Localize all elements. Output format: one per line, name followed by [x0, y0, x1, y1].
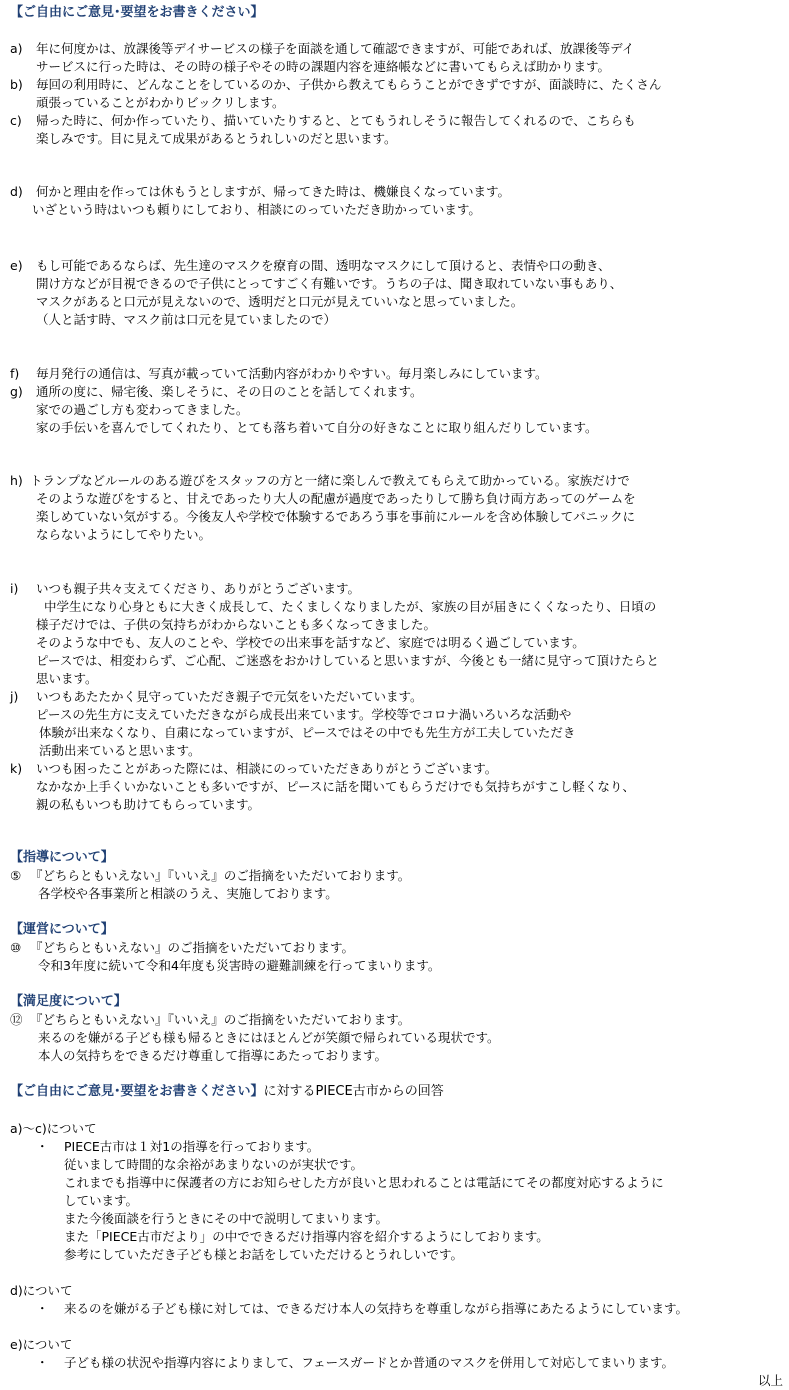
- response-heading-rest: に対するPIECE古市からの回答: [264, 1084, 444, 1099]
- item-line: 毎月発行の通信は、写真が載っていて活動内容がわかりやすい。毎月楽しみにしています…: [36, 365, 783, 383]
- item-line: いつも困ったことがあった際には、相談にのっていただきありがとうございます。: [36, 760, 783, 778]
- item-label: a): [10, 40, 36, 76]
- item-line: 活動出来ていると思います。: [36, 742, 783, 760]
- item-label: c): [10, 112, 36, 148]
- feedback-item-i: i) いつも親子共々支えてくださり、ありがとうございます。 中学生になり心身とも…: [10, 580, 783, 688]
- feedback-heading: 【ご自由にご意見･要望をお書きください】: [10, 4, 783, 22]
- response-line: 来るのを嫌がる子ども様に対しては、できるだけ本人の気持ちを尊重しながら指導にあた…: [64, 1300, 688, 1318]
- item-label: f): [10, 365, 36, 383]
- bullet-icon: ・: [36, 1354, 64, 1372]
- item-line: 『どちらともいえない』のご指摘をいただいております。: [30, 939, 440, 957]
- item-line: 毎回の利用時に、どんなことをしているのか、子供から教えてもらうことができずですが…: [36, 76, 783, 94]
- item-line: 思います。: [36, 670, 783, 688]
- section-heading-operations: 【運営について】: [10, 921, 783, 939]
- item-label: e): [10, 257, 36, 329]
- item-line: 令和3年度に続いて令和4年度も災害時の避難訓練を行ってまいります。: [30, 957, 440, 975]
- response-group-e: e)について ・ 子ども様の状況や指導内容によりまして、フェースガードとか普通の…: [10, 1336, 783, 1372]
- response-group-d: d)について ・ 来るのを嫌がる子ども様に対しては、できるだけ本人の気持ちを尊重…: [10, 1282, 783, 1318]
- item-line: ピースの先生方に支えていただきながら成長出来ています。学校等でコロナ渦いろいろな…: [36, 706, 783, 724]
- section-item-satisfaction: ⑫ 『どちらともいえない』『いいえ』のご指摘をいただいております。 来るのを嫌が…: [10, 1011, 783, 1065]
- item-line: ならないようにしてやりたい。: [30, 526, 783, 544]
- item-line: 本人の気持ちをできるだけ尊重して指導にあたっております。: [30, 1047, 500, 1065]
- item-label: k): [10, 760, 36, 814]
- feedback-item-k: k) いつも困ったことがあった際には、相談にのっていただきありがとうございます。…: [10, 760, 783, 814]
- item-line: 各学校や各事業所と相談のうえ、実施しております。: [30, 885, 410, 903]
- feedback-item-j: j) いつもあたたかく見守っていただき親子で元気をいただいています。 ピースの先…: [10, 688, 783, 760]
- item-label: i): [10, 580, 36, 688]
- item-line: マスクがあると口元が見えないので、透明だと口元が見えていいなと思っていました。: [36, 293, 783, 311]
- feedback-item-c: c) 帰った時に、何か作っていたり、描いていたりすると、とてもうれしそうに報告し…: [10, 112, 783, 148]
- feedback-item-e: e) もし可能であるならば、先生達のマスクを療育の間、透明なマスクにして頂けると…: [10, 257, 783, 329]
- item-line: 来るのを嫌がる子ども様も帰るときにはほとんどが笑顔で帰られている現状です。: [30, 1029, 500, 1047]
- item-line: （人と話す時、マスク前は口元を見ていましたので）: [36, 311, 783, 329]
- feedback-item-f: f) 毎月発行の通信は、写真が載っていて活動内容がわかりやすい。毎月楽しみにして…: [10, 365, 783, 383]
- item-line: 通所の度に、帰宅後、楽しそうに、その日のことを話してくれます。: [36, 383, 783, 401]
- response-line: これまでも指導中に保護者の方にお知らせした方が良いと思われることは電話にてその都…: [64, 1174, 664, 1192]
- response-line: 従いまして時間的な余裕があまりないのが実状です。: [64, 1156, 664, 1174]
- item-line: いつも親子共々支えてくださり、ありがとうございます。: [36, 580, 783, 598]
- item-label: j): [10, 688, 36, 760]
- item-line: 『どちらともいえない』『いいえ』のご指摘をいただいております。: [30, 1011, 500, 1029]
- item-line: 何かと理由を作っては休もうとしますが、帰ってきた時は、機嫌良くなっています。: [36, 183, 783, 201]
- bullet-icon: ・: [36, 1138, 64, 1264]
- closing-text: 以上: [758, 1372, 783, 1390]
- feedback-item-h: h) トランプなどルールのある遊びをスタッフの方と一緒に楽しんで教えてもらえて助…: [10, 472, 783, 544]
- section-item-operations: ⑩ 『どちらともいえない』のご指摘をいただいております。 令和3年度に続いて令和…: [10, 939, 783, 975]
- item-line: 年に何度かは、放課後等デイサービスの様子を面談を通して確認できますが、可能であれ…: [36, 40, 783, 58]
- response-group-title: e)について: [10, 1336, 783, 1354]
- response-line: しています。: [64, 1192, 664, 1210]
- item-line: 親の私もいつも助けてもらっています。: [36, 796, 783, 814]
- feedback-item-g: g) 通所の度に、帰宅後、楽しそうに、その日のことを話してくれます。 家での過ご…: [10, 383, 783, 437]
- item-line: 体験が出来なくなり、自粛になっていますが、ピースではその中でも先生方が工夫してい…: [36, 724, 783, 742]
- section-item-guidance: ⑤ 『どちらともいえない』『いいえ』のご指摘をいただいております。 各学校や各事…: [10, 867, 783, 903]
- response-group-title: a)～c)について: [10, 1120, 783, 1138]
- item-line: サービスに行った時は、その時の様子やその時の課題内容を連絡帳などに書いてもらえば…: [36, 58, 783, 76]
- item-line: いつもあたたかく見守っていただき親子で元気をいただいています。: [36, 688, 783, 706]
- response-group-title: d)について: [10, 1282, 783, 1300]
- item-line: 頑張っていることがわかりビックリします。: [36, 94, 783, 112]
- item-line: 『どちらともいえない』『いいえ』のご指摘をいただいております。: [30, 867, 410, 885]
- item-label: g): [10, 383, 36, 437]
- item-line: ピースでは、相変わらず、ご心配、ご迷惑をおかけしていると思いますが、今後とも一緒…: [36, 652, 783, 670]
- response-line: また「PIECE古市だより」の中でできるだけ指導内容を紹介するようにしております…: [64, 1228, 664, 1246]
- response-line: 参考にしていただき子ども様とお話をしていただけるとうれしいです。: [64, 1246, 664, 1264]
- item-line: 様子だけでは、子供の気持ちがわからないことも多くなってきました。: [36, 616, 783, 634]
- section-heading-satisfaction: 【満足度について】: [10, 993, 783, 1011]
- item-label: b): [10, 76, 36, 112]
- item-line: 楽しみです。目に見えて成果があるとうれしいのだと思います。: [36, 130, 783, 148]
- feedback-item-b: b) 毎回の利用時に、どんなことをしているのか、子供から教えてもらうことができず…: [10, 76, 783, 112]
- item-line: 中学生になり心身ともに大きく成長して、たくましくなりましたが、家族の目が届きにく…: [36, 598, 783, 616]
- response-line: 子ども様の状況や指導内容によりまして、フェースガードとか普通のマスクを併用して対…: [64, 1354, 674, 1372]
- section-heading-guidance: 【指導について】: [10, 849, 783, 867]
- feedback-item-d: d) 何かと理由を作っては休もうとしますが、帰ってきた時は、機嫌良くなっています…: [10, 183, 783, 219]
- feedback-item-a: a) 年に何度かは、放課後等デイサービスの様子を面談を通して確認できますが、可能…: [10, 40, 783, 76]
- item-line: 家での過ごし方も変わってきました。: [36, 401, 783, 419]
- item-line: 楽しめていない気がする。今後友人や学校で体験するであろう事を事前にルールを含め体…: [30, 508, 783, 526]
- item-line: いざという時はいつも頼りにしており、相談にのっていただき助かっています。: [32, 201, 783, 219]
- item-line: 開け方などが目視できるので子供にとってすごく有難いです。うちの子は、聞き取れてい…: [36, 275, 783, 293]
- response-group-a-c: a)～c)について ・ PIECE古市は１対1の指導を行っております。 従いまし…: [10, 1120, 783, 1264]
- item-line: 家の手伝いを喜んでしてくれたり、とても落ち着いて自分の好きなことに取り組んだりし…: [36, 419, 783, 437]
- item-line: そのような中でも、友人のことや、学校での出来事を話すなど、家庭では明るく過ごして…: [36, 634, 783, 652]
- response-line: PIECE古市は１対1の指導を行っております。: [64, 1138, 664, 1156]
- response-heading: 【ご自由にご意見･要望をお書きください】に対するPIECE古市からの回答: [10, 1083, 783, 1101]
- bullet-icon: ・: [36, 1300, 64, 1318]
- response-line: また今後面談を行うときにその中で説明してまいります。: [64, 1210, 664, 1228]
- item-line: トランプなどルールのある遊びをスタッフの方と一緒に楽しんで教えてもらえて助かって…: [30, 472, 783, 490]
- item-line: 帰った時に、何か作っていたり、描いていたりすると、とてもうれしそうに報告してくれ…: [36, 112, 783, 130]
- item-line: そのような遊びをすると、甘えであったり大人の配慮が過度であったりして勝ち負け両方…: [30, 490, 783, 508]
- item-line: もし可能であるならば、先生達のマスクを療育の間、透明なマスクにして頂けると、表情…: [36, 257, 783, 275]
- response-heading-bold: 【ご自由にご意見･要望をお書きください】: [10, 1084, 264, 1099]
- item-line: なかなか上手くいかないことも多いですが、ピースに話を聞いてもらうだけでも気持ちが…: [36, 778, 783, 796]
